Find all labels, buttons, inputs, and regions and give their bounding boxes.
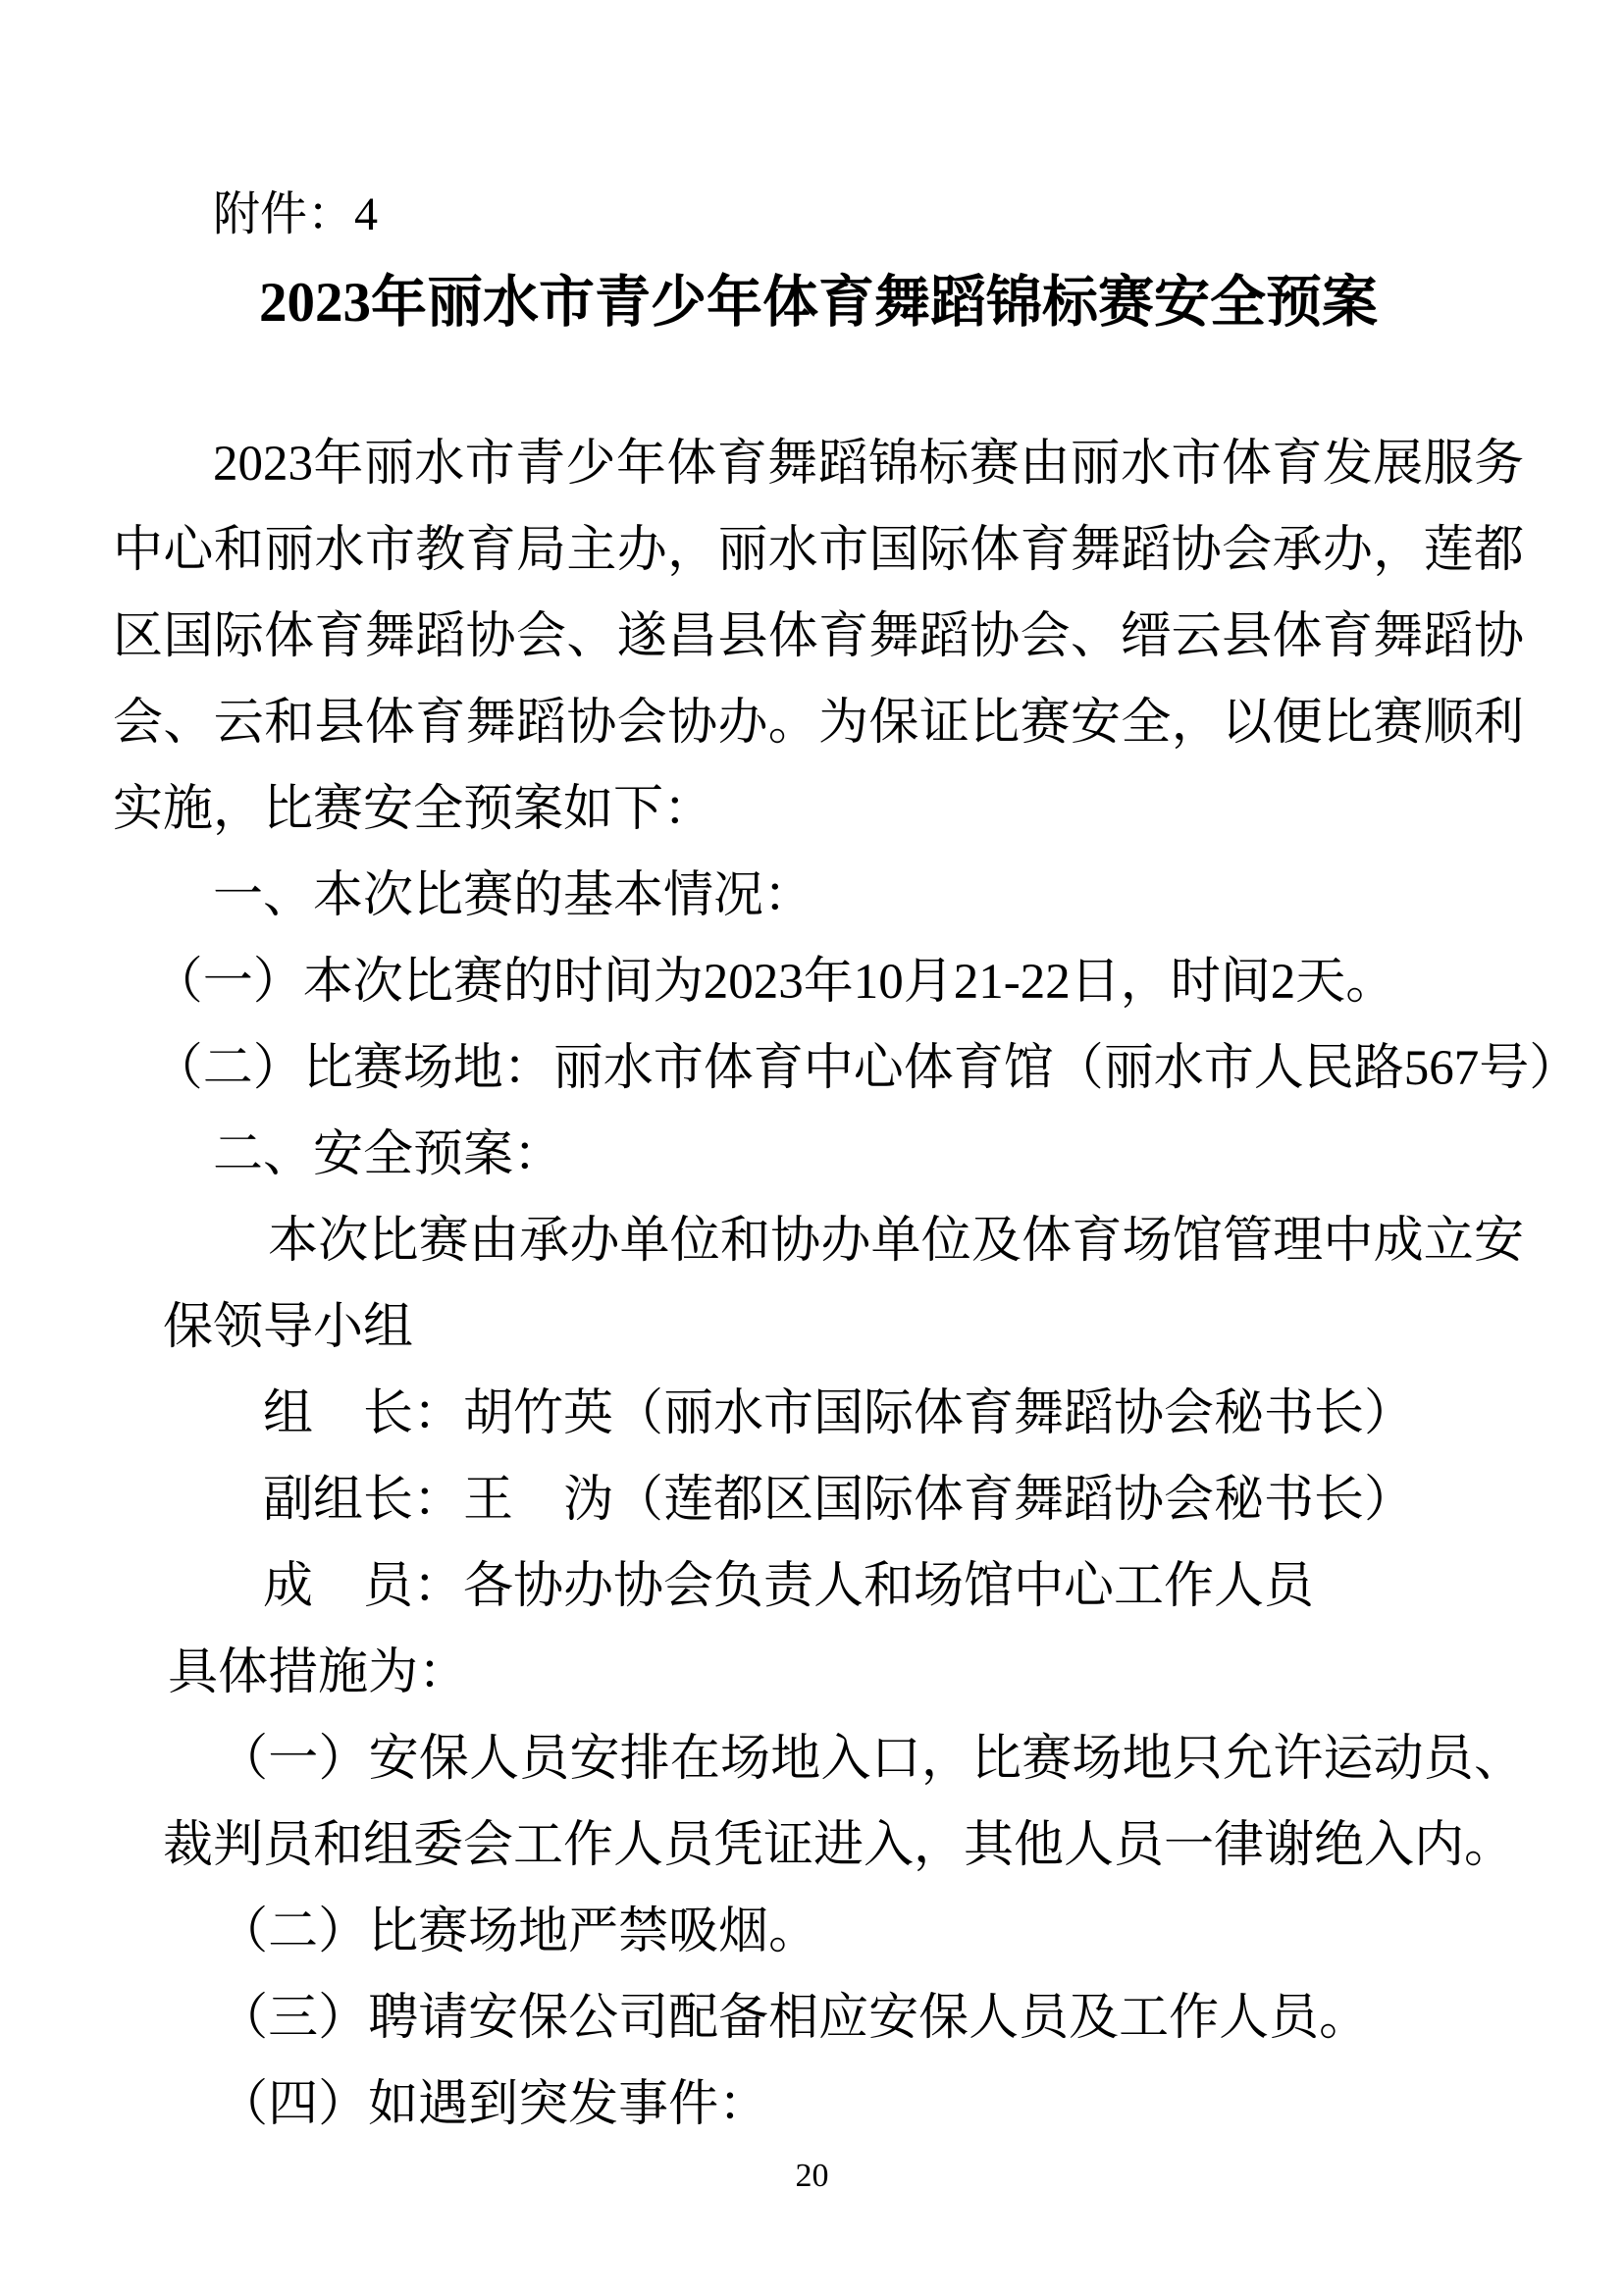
paragraph: （二）比赛场地：丽水市体育中心体育馆（丽水市人民路567号） [113, 1025, 1524, 1112]
paragraph: 副组长：王 沩（莲都区国际体育舞蹈协会秘书长） [263, 1457, 1524, 1543]
paragraph: 二、安全预案： [113, 1112, 1524, 1198]
paragraph: （一）安保人员安排在场地入口，比赛场地只允许运动员、裁判员和组委会工作人员凭证进… [163, 1716, 1524, 1889]
paragraph: 成 员：各协办协会负责人和场馆中心工作人员 [263, 1543, 1524, 1630]
paragraph: （二）比赛场地严禁吸烟。 [163, 1889, 1524, 1975]
paragraph: 具体措施为： [168, 1630, 1524, 1716]
paragraph: （四）如遇到突发事件： [163, 2061, 1524, 2148]
paragraph: 一、本次比赛的基本情况： [113, 853, 1524, 939]
paragraph: （三）聘请安保公司配备相应安保人员及工作人员。 [163, 1975, 1524, 2061]
paragraph: 组 长：胡竹英（丽水市国际体育舞蹈协会秘书长） [263, 1371, 1524, 1457]
attachment-label: 附件：4 [213, 186, 1524, 243]
paragraph: 2023年丽水市青少年体育舞蹈锦标赛由丽水市体育发展服务中心和丽水市教育局主办，… [113, 421, 1524, 853]
page-number: 20 [0, 2157, 1624, 2197]
document-body: 2023年丽水市青少年体育舞蹈锦标赛由丽水市体育发展服务中心和丽水市教育局主办，… [113, 421, 1524, 2148]
document-title: 2023年丽水市青少年体育舞蹈锦标赛安全预案 [113, 271, 1524, 336]
document-content: 附件：4 2023年丽水市青少年体育舞蹈锦标赛安全预案 2023年丽水市青少年体… [113, 186, 1524, 2148]
paragraph: （一）本次比赛的时间为2023年10月21-22日，时间2天。 [113, 939, 1524, 1025]
document-page: 附件：4 2023年丽水市青少年体育舞蹈锦标赛安全预案 2023年丽水市青少年体… [0, 0, 1624, 2295]
paragraph: 本次比赛由承办单位和协办单位及体育场馆管理中成立安保领导小组 [163, 1198, 1524, 1371]
